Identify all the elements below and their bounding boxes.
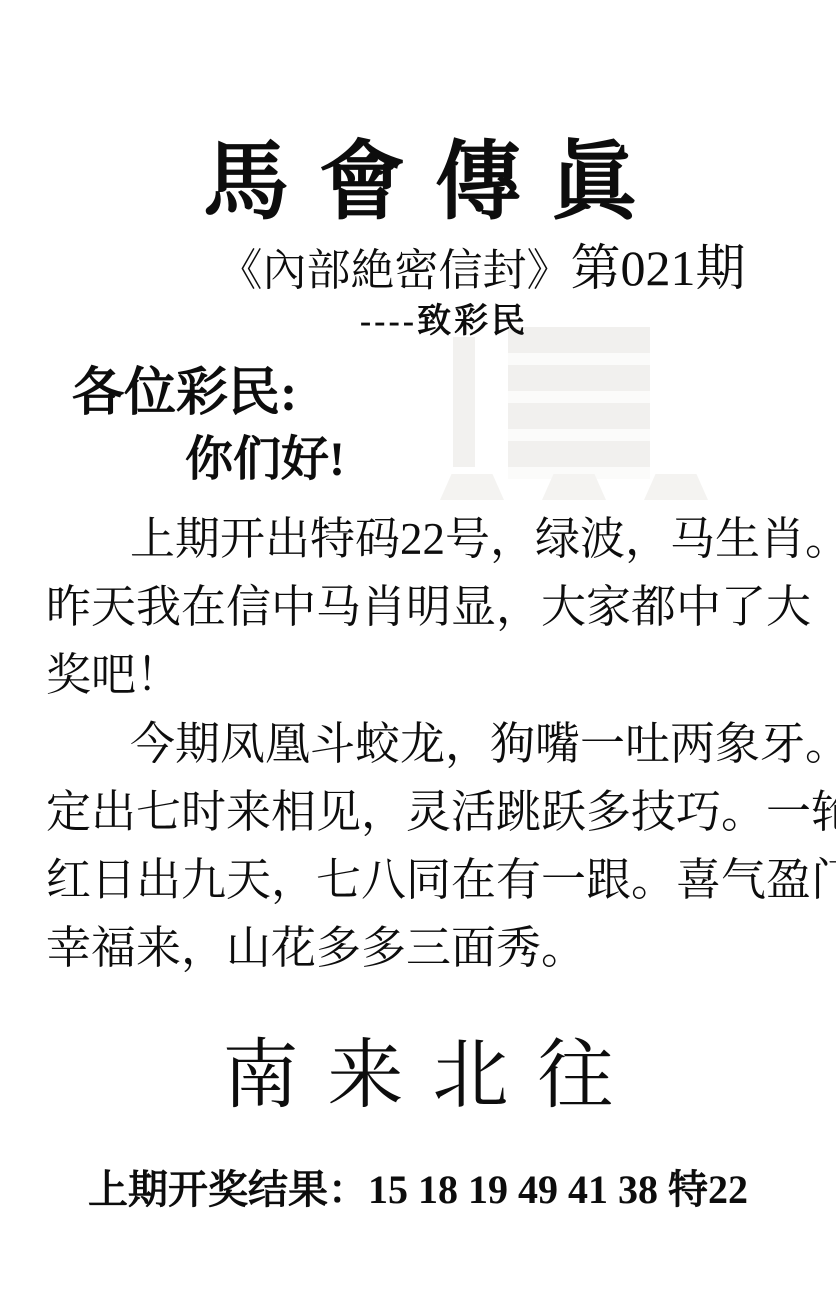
greeting-hello: 你们好!	[185, 420, 345, 489]
envelope-label: 《內部絶密信封》	[219, 246, 571, 295]
results-numbers: 15 18 19 49 41 38 特22	[368, 1167, 748, 1212]
results-line: 上期开奖结果：15 18 19 49 41 38 特22	[0, 1158, 836, 1215]
results-label: 上期开奖结果：	[88, 1167, 368, 1212]
watermark-stroke	[453, 337, 475, 467]
headline-phrase: 南 来 北 往	[0, 1014, 836, 1123]
watermark-blob	[644, 474, 708, 500]
text-line: 奖吧！	[46, 641, 814, 709]
salutation: 各位彩民:	[72, 350, 297, 425]
text-line: 红日出九天，七八同在有一跟。喜气盈门	[46, 846, 814, 914]
text-line: 昨天我在信中马肖明显，大家都中了大	[46, 573, 814, 641]
paragraph-current-tip: 今期凤凰斗蛟龙，狗嘴一吐两象牙。 定出七时来相见，灵活跳跃多技巧。一轮 红日出九…	[46, 710, 814, 982]
text-line: 定出七时来相见，灵活跳跃多技巧。一轮	[46, 778, 814, 846]
text-line: 幸福来，山花多多三面秀。	[46, 914, 814, 982]
fax-sheet: 馬會傳眞 《內部絶密信封》第021期 ----致彩民 各位彩民: 你们好! 上期…	[0, 0, 836, 1296]
watermark-glyph-block	[508, 327, 650, 479]
watermark-blob	[440, 474, 504, 500]
paragraph-last-draw: 上期开出特码22号，绿波，马生肖。 昨天我在信中马肖明显，大家都中了大 奖吧！	[46, 505, 814, 709]
issue-number: 第021期	[571, 240, 746, 296]
page-title: 馬會傳眞	[0, 112, 836, 236]
dedication-line: ----致彩民	[26, 293, 836, 342]
text-line: 上期开出特码22号，绿波，马生肖。	[46, 505, 814, 573]
text-line: 今期凤凰斗蛟龙，狗嘴一吐两象牙。	[46, 710, 814, 778]
issue-line: 《內部絶密信封》第021期	[64, 228, 836, 300]
ghost-watermark	[398, 322, 718, 512]
